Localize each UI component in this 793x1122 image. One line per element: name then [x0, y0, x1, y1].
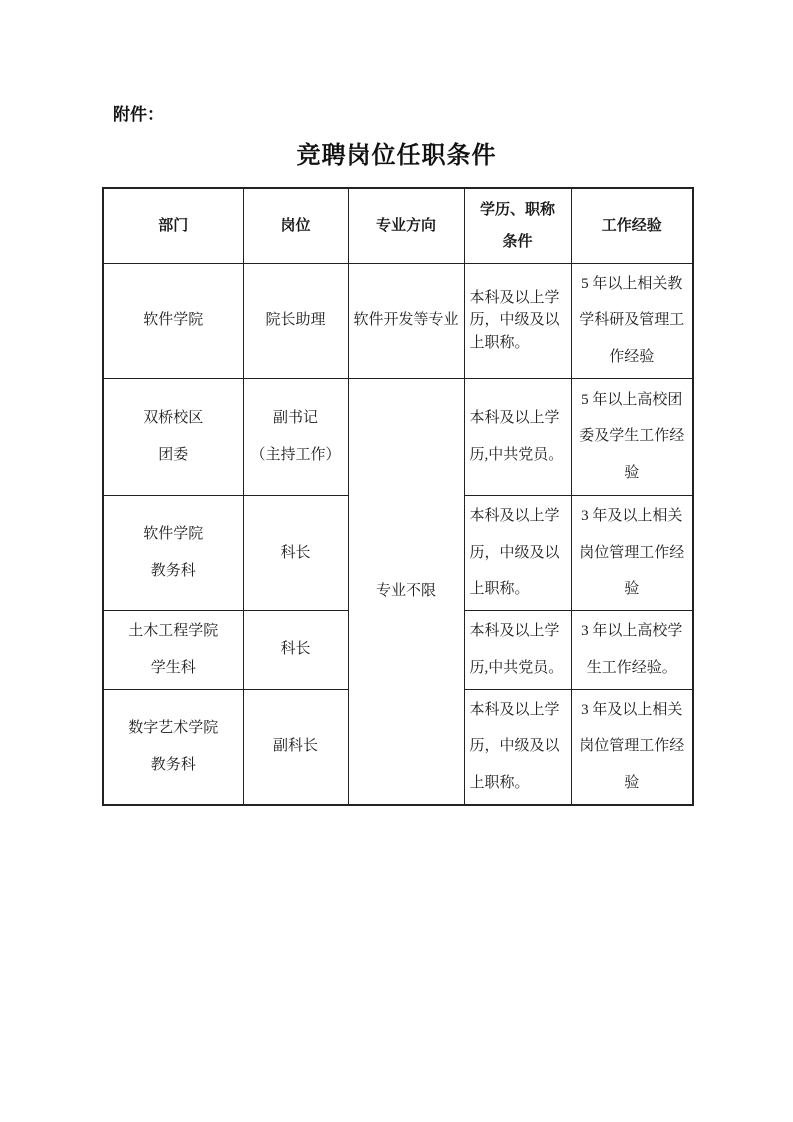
cell-experience: 5 年以上相关教 学科研及管理工 作经验: [571, 263, 693, 378]
table-row: 软件学院 院长助理 软件开发等专业 本科及以上学 历，中级及以 上职称。 5 年…: [103, 263, 693, 378]
table-header-row: 部门 岗位 专业方向 学历、职称 条件 工作经验: [103, 188, 693, 263]
cell-position: 科长: [243, 495, 348, 610]
cell-experience: 3 年及以上相关 岗位管理工作经 验: [571, 495, 693, 610]
header-department: 部门: [103, 188, 243, 263]
cell-major: 软件开发等专业: [348, 263, 464, 378]
cell-department: 软件学院: [103, 263, 243, 378]
cell-position: 副书记 （主持工作）: [243, 378, 348, 495]
table-row: 双桥校区 团委 副书记 （主持工作） 专业不限 本科及以上学 历,中共党员。 5…: [103, 378, 693, 495]
cell-experience: 3 年以上高校学 生工作经验。: [571, 611, 693, 690]
cell-qualification: 本科及以上学 历,中共党员。: [464, 378, 571, 495]
cell-position: 科长: [243, 611, 348, 690]
header-position: 岗位: [243, 188, 348, 263]
cell-qualification: 本科及以上学 历，中级及以 上职称。: [464, 263, 571, 378]
cell-position: 院长助理: [243, 263, 348, 378]
cell-department: 软件学院 教务科: [103, 495, 243, 610]
attachment-label: 附件：: [113, 100, 164, 125]
cell-qualification: 本科及以上学 历,中共党员。: [464, 611, 571, 690]
page-title: 竞聘岗位任职条件: [0, 135, 793, 170]
cell-department: 土木工程学院 学生科: [103, 611, 243, 690]
cell-department: 双桥校区 团委: [103, 378, 243, 495]
cell-experience: 5 年以上高校团 委及学生工作经 验: [571, 378, 693, 495]
header-major: 专业方向: [348, 188, 464, 263]
cell-position: 副科长: [243, 689, 348, 805]
cell-qualification: 本科及以上学 历，中级及以 上职称。: [464, 689, 571, 805]
cell-major-merged: 专业不限: [348, 378, 464, 805]
recruitment-conditions-table: 部门 岗位 专业方向 学历、职称 条件 工作经验 软件学院 院长助理 软件开发等…: [102, 187, 694, 806]
cell-qualification: 本科及以上学 历，中级及以 上职称。: [464, 495, 571, 610]
header-experience: 工作经验: [571, 188, 693, 263]
cell-experience: 3 年及以上相关 岗位管理工作经 验: [571, 689, 693, 805]
cell-department: 数字艺术学院 教务科: [103, 689, 243, 805]
header-qualification: 学历、职称 条件: [464, 188, 571, 263]
